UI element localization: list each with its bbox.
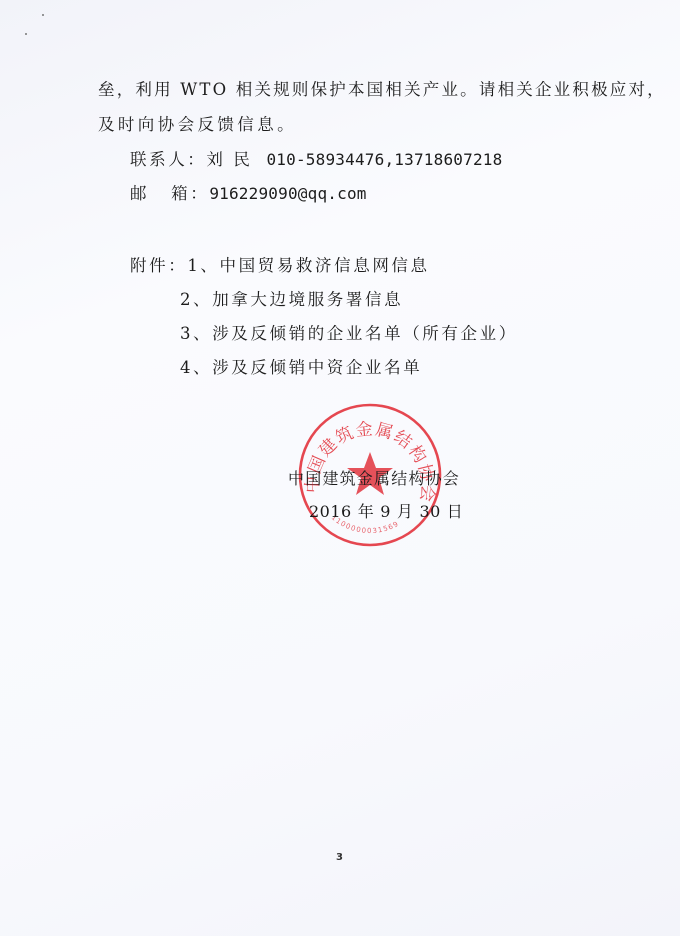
date-day: 30	[419, 502, 440, 521]
attachments-label: 附件：	[130, 256, 187, 275]
attachment-text: 涉及反倾销的企业名单（所有企业）	[212, 324, 518, 343]
email-value: 916229090@qq.com	[209, 184, 366, 203]
attachment-number: 2、	[180, 290, 212, 309]
signature-organization: 中国建筑金属结构协会	[288, 466, 460, 489]
contact-label: 联系人：	[130, 150, 206, 169]
date-year-unit: 年	[358, 502, 375, 521]
date-day-unit: 日	[447, 502, 464, 521]
attachment-number: 3、	[180, 324, 212, 343]
email-label-part-1: 邮	[130, 184, 149, 203]
attachment-item-1: 附件：1、中国贸易救济信息网信息	[130, 256, 430, 276]
scan-speck	[42, 14, 44, 16]
email-label-part-2: 箱：	[171, 184, 209, 203]
attachment-text: 涉及反倾销中资企业名单	[212, 358, 422, 377]
page-number: 3	[336, 852, 343, 863]
contact-phones: 010-58934476,13718607218	[266, 150, 502, 169]
date-month-unit: 月	[397, 502, 414, 521]
attachment-number: 1、	[187, 256, 219, 275]
attachment-text: 中国贸易救济信息网信息	[220, 256, 430, 275]
email-line: 邮箱：916229090@qq.com	[130, 184, 367, 204]
document-page: 垒，利用 WTO 相关规则保护本国相关产业。请相关企业积极应对， 及时向协会反馈…	[0, 0, 680, 936]
date-month: 9	[380, 502, 391, 521]
date-year: 2016	[309, 502, 352, 521]
contact-person-line: 联系人：刘 民010-58934476,13718607218	[130, 150, 502, 170]
signature-date: 2016年9月30日	[309, 499, 469, 522]
attachment-number: 4、	[180, 358, 212, 377]
attachment-item-3: 3、涉及反倾销的企业名单（所有企业）	[180, 324, 518, 344]
body-paragraph-line-1: 垒，利用 WTO 相关规则保护本国相关产业。请相关企业积极应对，	[98, 80, 666, 100]
scan-speck	[25, 33, 27, 35]
body-paragraph-line-2: 及时向协会反馈信息。	[98, 115, 297, 135]
attachment-item-2: 2、加拿大边境服务署信息	[180, 290, 403, 310]
contact-name: 刘 民	[206, 150, 252, 169]
attachment-item-4: 4、涉及反倾销中资企业名单	[180, 358, 422, 378]
attachment-text: 加拿大边境服务署信息	[212, 290, 403, 309]
